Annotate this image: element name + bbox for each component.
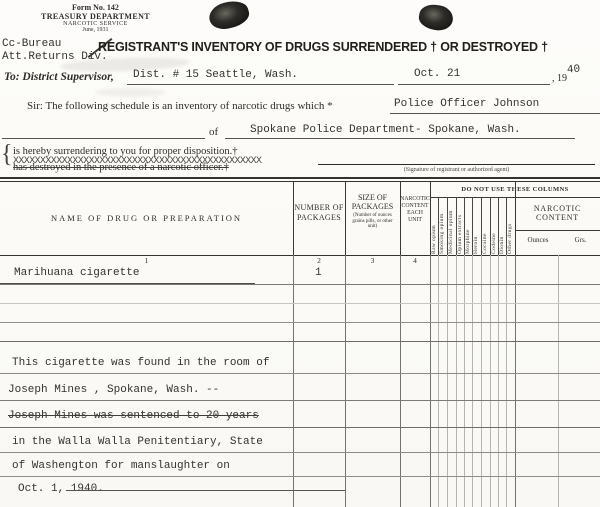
form-issue-date: June, 1931 — [28, 27, 163, 33]
rule-line — [0, 427, 600, 428]
column-line — [472, 197, 473, 255]
column-line — [447, 255, 448, 507]
col-header-narcotic-content: NARCOTIC CONTENT — [515, 197, 600, 229]
rule-line — [0, 283, 255, 284]
year-typed: 40 — [567, 64, 581, 77]
rule-line — [0, 341, 600, 342]
registrant-underline — [390, 113, 600, 114]
blank-underline — [2, 138, 205, 139]
rule-line — [0, 373, 600, 374]
ink-blob — [417, 2, 455, 33]
column-line — [345, 255, 346, 507]
column-line — [447, 197, 448, 255]
column-line — [456, 255, 457, 507]
column-line — [506, 255, 507, 507]
column-number: 3 — [345, 256, 400, 265]
ounces-grs-row: Ounces Grs. — [515, 236, 600, 244]
rule-line — [0, 284, 600, 285]
note-line-struck: Joseph Mines was sentenced to 20 years — [8, 410, 259, 422]
registrant-name-value: Police Officer Johnson — [394, 98, 539, 110]
column-line — [515, 255, 516, 507]
column-line — [400, 181, 401, 255]
note-line: Joseph Mines , Spokane, Wash. -- — [8, 384, 219, 396]
column-line — [456, 197, 457, 255]
column-line — [506, 197, 507, 255]
department-name: TREASURY DEPARTMENT — [28, 12, 163, 21]
restricted-col-label: Cocaine — [481, 197, 490, 254]
strike-line — [66, 490, 345, 491]
column-line — [464, 255, 465, 507]
signature-line — [318, 164, 595, 165]
salutation-text: Sir: The following schedule is an invent… — [27, 100, 333, 112]
note-line: in the Walla Walla Penitentiary, State — [12, 436, 263, 448]
rule-line — [0, 400, 600, 401]
note-line: This cigarette was found in the room of — [12, 357, 269, 369]
column-line — [558, 255, 559, 507]
narcotic-content-label: NARCOTIC CONTENT — [528, 204, 588, 222]
grs-label: Grs. — [561, 236, 600, 244]
column-line — [481, 197, 482, 255]
drug-name-value: Marihuana cigarette — [14, 267, 139, 279]
rule-line — [0, 476, 600, 477]
district-field-value: Dist. # 15 Seattle, Wash. — [133, 69, 298, 81]
column-line — [498, 255, 499, 507]
scanned-form-page: Form No. 142 TREASURY DEPARTMENT NARCOTI… — [0, 0, 600, 507]
restricted-col-label: Opium extracts — [456, 197, 464, 254]
note-line: of Washengton for manslaughter on — [12, 460, 230, 472]
organization-value: Spokane Police Department- Spokane, Wash… — [250, 124, 521, 136]
form-title: REGISTRANT'S INVENTORY OF DRUGS SURRENDE… — [98, 40, 548, 54]
col-header-size-packages: SIZE OF PACKAGES (Number of ounces grain… — [345, 193, 400, 230]
option-brace: { — [1, 140, 13, 168]
smudge — [95, 88, 165, 97]
note-line: Oct. 1, 1940. — [18, 483, 104, 495]
restricted-col-label: Other drugs — [506, 197, 515, 254]
column-line — [430, 181, 431, 255]
to-label: To: District Supervisor, — [4, 71, 114, 83]
col-header-size-note: (Number of ounces grains pills, or other… — [351, 213, 395, 230]
restricted-col-label: Heroin — [472, 197, 481, 254]
column-line — [490, 255, 491, 507]
column-line — [438, 255, 439, 507]
rule-line — [0, 177, 600, 179]
restricted-col-label: Dionin — [498, 197, 506, 254]
typed-x-overlay: XXXXXXXXXXXXXXXXXXXXXXXXXXXXXXXXXXXXXXXX… — [13, 156, 261, 167]
column-line — [430, 255, 431, 507]
column-line — [472, 255, 473, 507]
destroy-option: has destroyed in the presence of a narco… — [13, 157, 229, 175]
column-line — [515, 181, 516, 255]
district-underline — [127, 84, 394, 85]
col-header-narcotic-content-unit: NARCOTIC CONTENT EACH UNIT — [400, 196, 430, 224]
of-label: of — [209, 126, 218, 138]
form-header-block: Form No. 142 TREASURY DEPARTMENT NARCOTI… — [28, 3, 163, 33]
organization-underline — [225, 138, 575, 139]
ink-blob — [206, 0, 251, 32]
column-line — [464, 197, 465, 255]
cc-note-line1: Cc-Bureau — [2, 38, 61, 50]
package-count-value: 1 — [315, 267, 322, 279]
column-line — [490, 197, 491, 255]
restricted-col-label: Morphine — [464, 197, 472, 254]
column-line — [481, 255, 482, 507]
rule-line — [515, 230, 600, 231]
column-line — [293, 181, 294, 255]
column-line — [498, 197, 499, 255]
form-number: Form No. 142 — [28, 3, 163, 12]
column-line — [400, 255, 401, 507]
col-header-size-title: SIZE OF PACKAGES — [352, 193, 394, 211]
column-number: 1 — [0, 256, 293, 265]
signature-caption: (Signature of registrant or authorized a… — [318, 167, 595, 173]
col-header-number-packages: NUMBER OF PACKAGES — [293, 203, 345, 222]
col-header-drug-name: NAME OF DRUG OR PREPARATION — [0, 181, 293, 255]
date-field-value: Oct. 21 — [414, 68, 460, 80]
rule-line — [0, 322, 600, 323]
column-number: 4 — [400, 256, 430, 265]
column-line — [293, 255, 294, 507]
restricted-col-label: Codeine — [490, 197, 498, 254]
rule-line — [0, 452, 600, 453]
restricted-col-label: Medicinal opium — [447, 197, 456, 254]
column-number: 2 — [293, 256, 345, 265]
date-underline — [398, 84, 550, 85]
rule-line — [0, 303, 600, 304]
restricted-col-label: Raw opium — [430, 197, 438, 254]
restricted-col-label: Smoking opium — [438, 197, 447, 254]
column-line — [438, 197, 439, 255]
year-printed: , 19 — [552, 73, 567, 84]
ounces-label: Ounces — [515, 236, 561, 244]
column-line — [345, 181, 346, 255]
